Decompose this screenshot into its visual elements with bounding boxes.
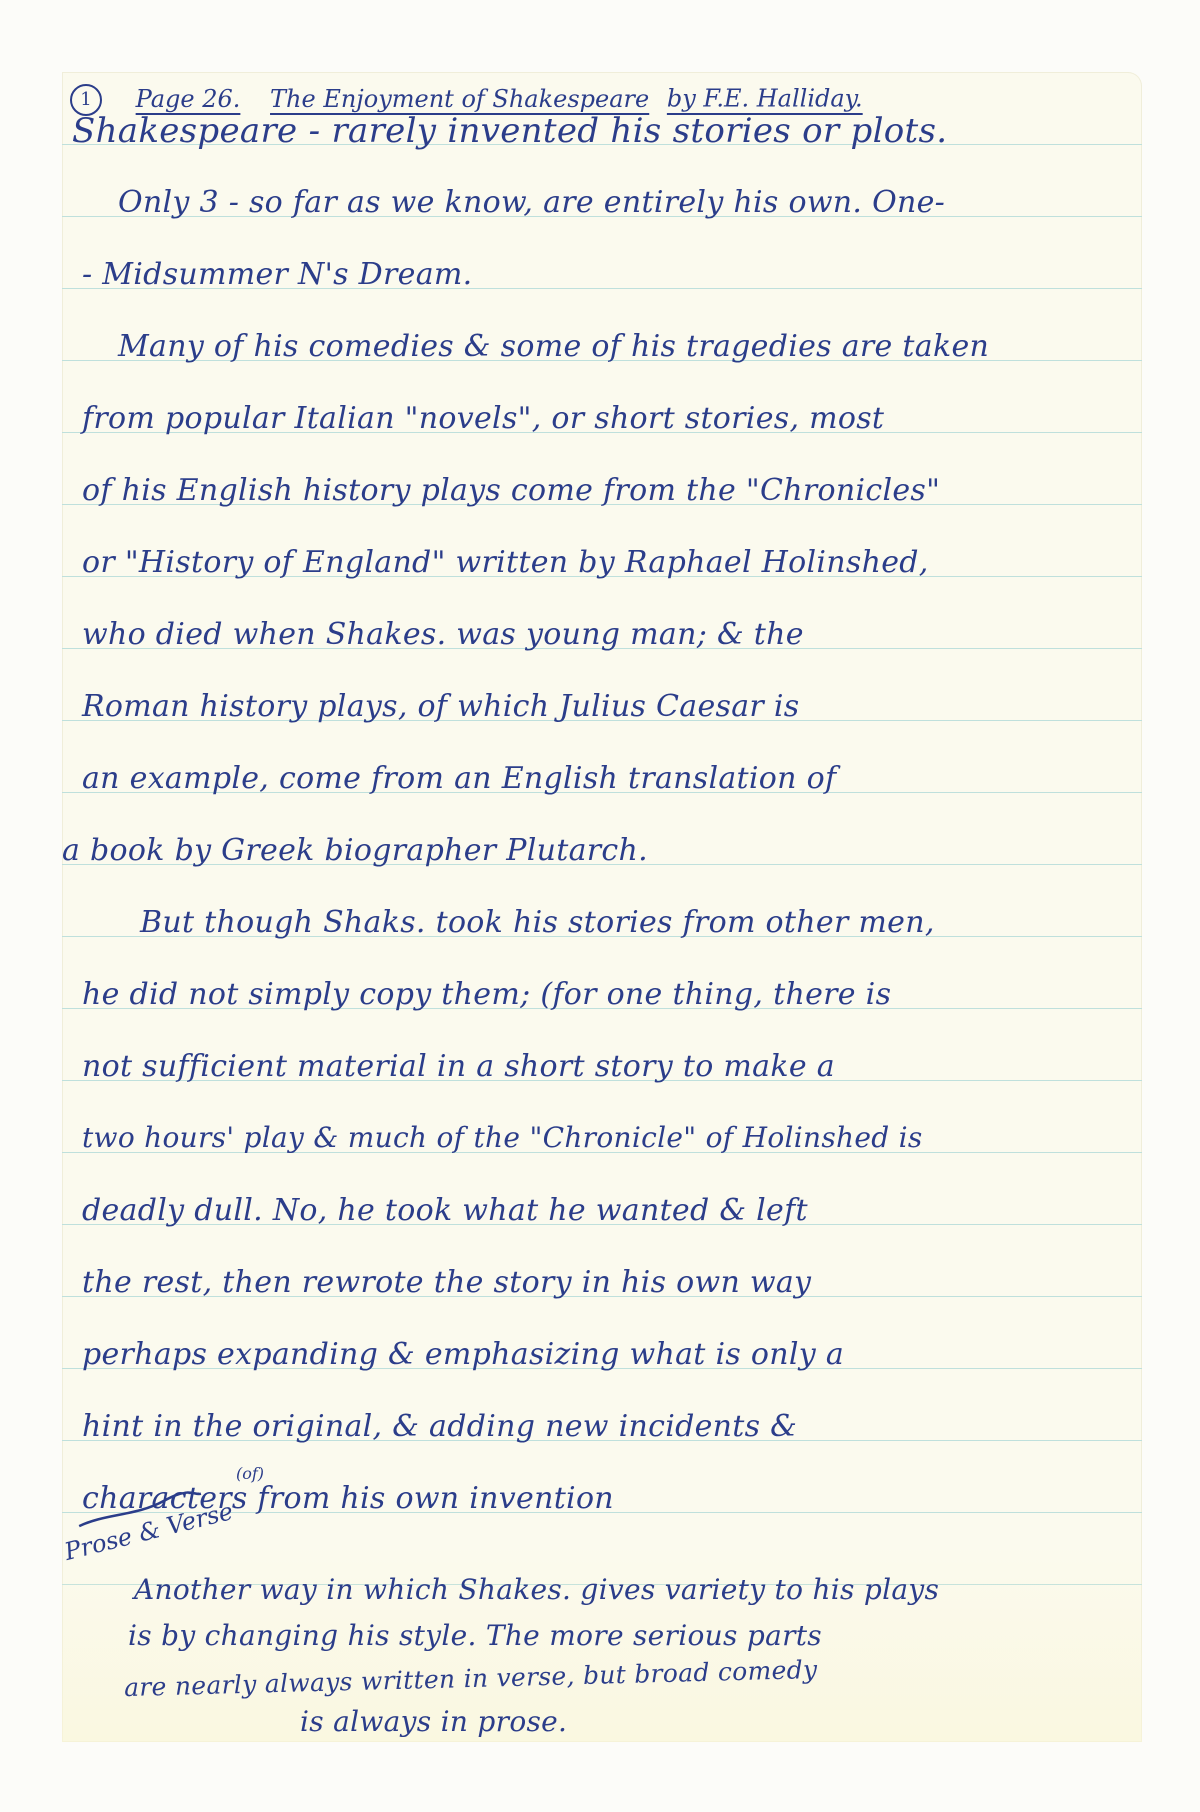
book-title: The Enjoyment of Shakespeare — [270, 85, 649, 113]
note-line: from popular Italian "novels", or short … — [82, 404, 884, 434]
note-line: perhaps expanding & emphasizing what is … — [82, 1340, 844, 1370]
note-line: the rest, then rewrote the story in his … — [82, 1268, 811, 1298]
note-line: or "History of England" written by Rapha… — [82, 548, 929, 578]
book-author: by F.E. Halliday. — [667, 85, 863, 113]
note-line: a book by Greek biographer Plutarch. — [62, 836, 648, 866]
page-reference: Page 26. — [136, 85, 241, 113]
note-line: two hours' play & much of the "Chronicle… — [82, 1124, 923, 1152]
note-line: not sufficient material in a short story… — [82, 1052, 835, 1082]
note-line: Many of his comedies & some of his trage… — [118, 332, 989, 362]
section-line: Another way in which Shakes. gives varie… — [134, 1576, 939, 1604]
section-line: is always in prose. — [300, 1708, 567, 1736]
note-line: hint in the original, & adding new incid… — [82, 1412, 797, 1442]
section-line: is by changing his style. The more serio… — [128, 1622, 822, 1650]
note-line: - Midsummer N's Dream. — [82, 260, 472, 290]
note-line: Only 3 - so far as we know, are entirely… — [118, 188, 945, 218]
note-line: Shakespeare - rarely invented his storie… — [72, 114, 947, 148]
note-line: But though Shaks. took his stories from … — [140, 908, 935, 938]
note-line: who died when Shakes. was young man; & t… — [82, 620, 804, 650]
note-line: he did not simply copy them; (for one th… — [82, 980, 891, 1010]
note-line: Roman history plays, of which Julius Cae… — [82, 692, 799, 722]
note-line: an example, come from an English transla… — [82, 764, 836, 794]
note-line: of his English history plays come from t… — [82, 476, 940, 506]
note-line: deadly dull. No, he took what he wanted … — [82, 1196, 808, 1226]
insertion-mark: (of) — [236, 1466, 264, 1482]
